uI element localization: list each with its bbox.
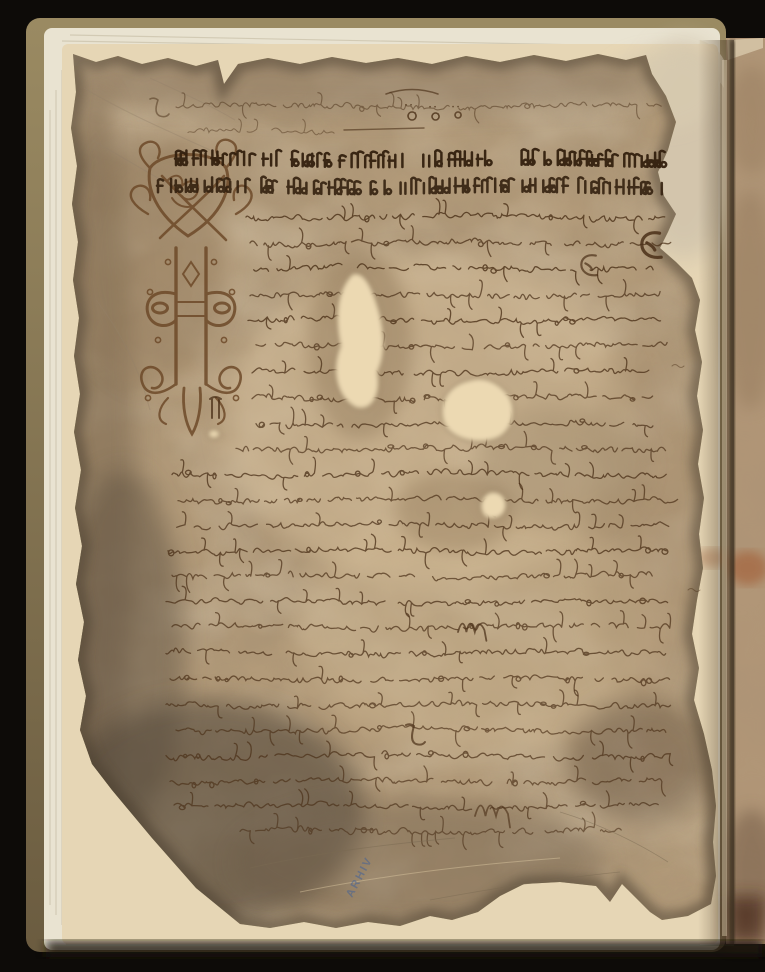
hole-round — [442, 379, 514, 442]
hole-small — [481, 492, 507, 519]
parchment-leaf — [55, 40, 720, 952]
gutter-shadow — [698, 40, 734, 946]
gutter — [698, 40, 735, 946]
hole-tiny — [208, 430, 220, 439]
gutter-fold-line — [730, 40, 735, 944]
manuscript-photo-stage: ARHIV — [0, 0, 765, 972]
gutter-light-sliver — [722, 60, 727, 936]
manuscript-scene: ARHIV — [0, 0, 765, 972]
bottom-shadow — [46, 941, 762, 957]
